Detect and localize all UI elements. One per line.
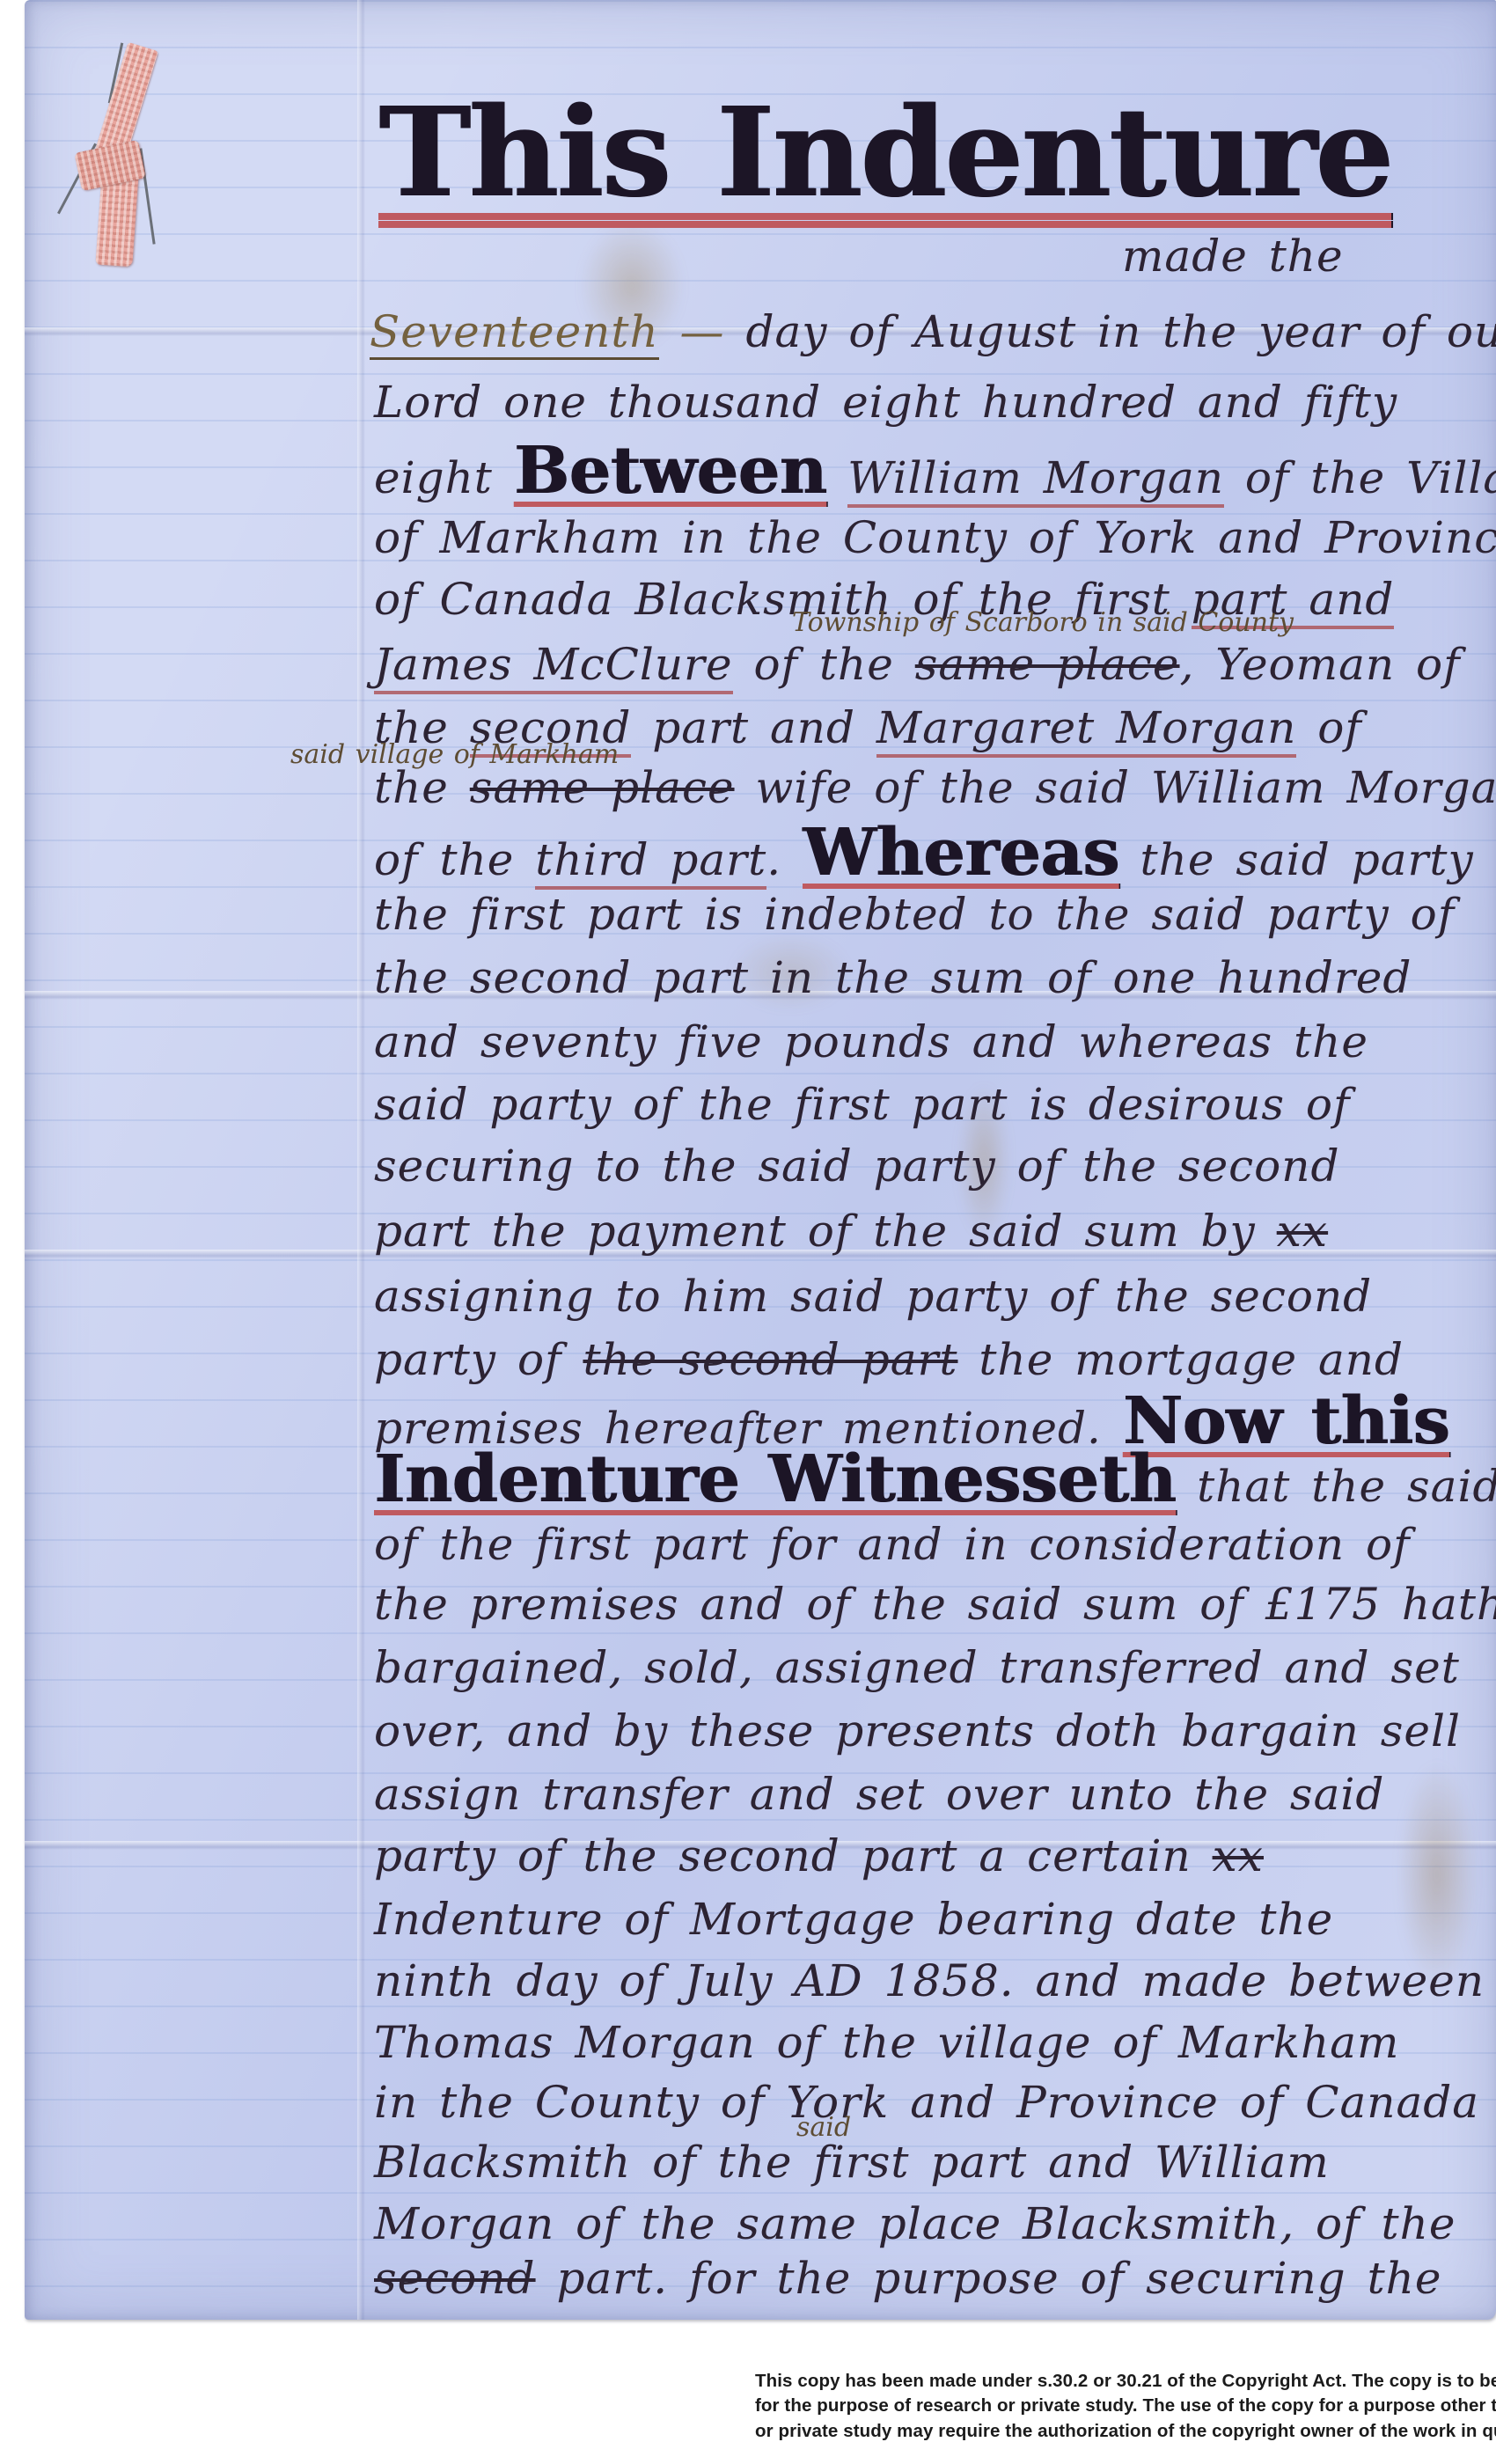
manuscript-line: ninth day of July AD 1858. and made betw… (374, 1955, 1485, 2006)
manuscript-line: securing to the said party of the second (374, 1140, 1339, 1192)
handwritten-text: the said party of (1119, 834, 1496, 885)
scanned-document-canvas: This Indenturemade theSeventeenth — day … (0, 0, 1496, 2464)
handwritten-text: xx (1277, 1206, 1328, 1257)
handwritten-text: Lord one thousand eight hundred and fift… (374, 377, 1397, 428)
manuscript-line: of the first part for and in considerati… (374, 1519, 1411, 1570)
manuscript-line: of the third part. Whereas the said part… (374, 815, 1496, 891)
manuscript-line: the premises and of the said sum of £175… (374, 1579, 1496, 1630)
manuscript-line: Morgan of the same place Blacksmith, of … (374, 2198, 1456, 2249)
stamp-line: This copy has been made under s.30.2 or … (755, 2369, 1470, 2394)
handwritten-text: ninth day of July AD 1858. and made betw… (374, 1955, 1485, 2006)
handwritten-text: of the first part for and in considerati… (374, 1519, 1411, 1570)
manuscript-line: the same place wife of the said William … (374, 762, 1496, 813)
calligraphic-header: Between (514, 433, 826, 509)
handwritten-text: second (374, 2253, 536, 2304)
handwritten-text: bargained, sold, assigned transferred an… (374, 1642, 1460, 1693)
manuscript: This Indenturemade theSeventeenth — day … (0, 0, 1496, 2464)
manuscript-line: made the (1122, 231, 1344, 282)
handwritten-text: of (1296, 702, 1362, 753)
handwritten-text: part the payment of the said sum by (374, 1206, 1277, 1257)
handwritten-text: part and (631, 702, 876, 753)
handwritten-text: the (374, 762, 470, 813)
handwritten-text: securing to the said party of the second (374, 1140, 1339, 1192)
manuscript-line: Indenture Witnesseth that the said party (374, 1441, 1496, 1517)
handwritten-text: , Yeoman of (1180, 639, 1461, 690)
handwritten-text: same place (915, 639, 1180, 690)
handwritten-text: third part (535, 834, 766, 890)
handwritten-text: and seventy five pounds and whereas the (374, 1016, 1368, 1067)
handwritten-text: of the Village (1224, 452, 1496, 503)
handwritten-text: part. for the purpose of securing the (536, 2253, 1442, 2304)
handwritten-text: Thomas Morgan of the village of Markham (374, 2017, 1399, 2068)
stamp-line: for the purpose of research or private s… (755, 2394, 1470, 2418)
handwritten-text: the first part is indebted to the said p… (374, 889, 1455, 940)
manuscript-line: bargained, sold, assigned transferred an… (374, 1642, 1460, 1693)
handwritten-text: William Morgan (847, 452, 1224, 508)
handwritten-text: made the (1122, 231, 1344, 282)
calligraphic-header: Whereas (803, 815, 1119, 891)
manuscript-line: eight Between William Morgan of the Vill… (374, 433, 1496, 509)
handwritten-text: Indenture of Mortgage bearing date the (374, 1894, 1333, 1945)
manuscript-line: second part. for the purpose of securing… (374, 2253, 1441, 2304)
handwritten-text: Margaret Morgan (876, 702, 1296, 758)
manuscript-line: Indenture of Mortgage bearing date the (374, 1894, 1333, 1945)
handwritten-text: wife of the said William Morgan (735, 762, 1496, 813)
handwritten-text: xx (1213, 1830, 1264, 1881)
handwritten-text: . (766, 834, 803, 885)
copyright-stamp: This copy has been made under s.30.2 or … (755, 2369, 1470, 2444)
handwritten-text: — (659, 306, 746, 357)
handwritten-text: assigning to him said party of the secon… (374, 1271, 1372, 1322)
handwritten-text: in the County of York and Province of Ca… (374, 2077, 1479, 2128)
handwritten-text: Morgan of the same place Blacksmith, of … (374, 2198, 1456, 2249)
manuscript-line: Blacksmith of the first part and William (374, 2137, 1330, 2188)
handwritten-text: of Markham in the County of York and Pro… (374, 512, 1496, 563)
manuscript-line: and seventy five pounds and whereas the (374, 1016, 1368, 1067)
manuscript-line: said party of the first part is desirous… (374, 1079, 1351, 1130)
handwritten-text: eight (374, 452, 514, 503)
interline-insert: Township of Scarboro in said County (792, 607, 1294, 638)
handwritten-text: Township of Scarboro in said County (792, 607, 1294, 638)
handwritten-text: party of (374, 1334, 583, 1385)
handwritten-text: assign transfer and set over unto the sa… (374, 1769, 1384, 1820)
manuscript-line: party of the second part a certain xx (374, 1830, 1264, 1881)
manuscript-line: the first part is indebted to the said p… (374, 889, 1455, 940)
stamp-line: or private study may require the authori… (755, 2419, 1470, 2444)
handwritten-text: the second part (583, 1334, 957, 1385)
handwritten-text: that the said party (1176, 1461, 1496, 1512)
handwritten-text: day of August in the year of our (745, 306, 1496, 357)
handwritten-text: the mortgage and (958, 1334, 1404, 1385)
handwritten-text: of the (374, 834, 535, 885)
manuscript-line: This Indenture (378, 81, 1391, 225)
manuscript-line: part the payment of the said sum by xx (374, 1206, 1328, 1257)
handwritten-text: over, and by these presents doth bargain… (374, 1705, 1461, 1756)
manuscript-line: James McClure of the same place, Yeoman … (374, 639, 1461, 690)
manuscript-line: Seventeenth — day of August in the year … (370, 306, 1496, 357)
handwritten-text: James McClure (374, 639, 733, 694)
manuscript-line: assigning to him said party of the secon… (374, 1271, 1372, 1322)
handwritten-text (826, 452, 847, 503)
calligraphic-header: Indenture Witnesseth (374, 1441, 1176, 1517)
handwritten-text: of the (733, 639, 915, 690)
manuscript-line: Lord one thousand eight hundred and fift… (374, 377, 1397, 428)
manuscript-line: the second part in the sum of one hundre… (374, 952, 1412, 1003)
calligraphic-title: This Indenture (378, 81, 1391, 225)
handwritten-text: the second part in the sum of one hundre… (374, 952, 1412, 1003)
manuscript-line: Thomas Morgan of the village of Markham (374, 2017, 1399, 2068)
handwritten-text: party of the second part a certain (374, 1830, 1213, 1881)
manuscript-line: over, and by these presents doth bargain… (374, 1705, 1461, 1756)
manuscript-line: party of the second part the mortgage an… (374, 1334, 1404, 1385)
handwritten-text: same place (470, 762, 735, 813)
handwritten-text: Seventeenth (370, 306, 659, 360)
manuscript-line: assign transfer and set over unto the sa… (374, 1769, 1384, 1820)
handwritten-text: Blacksmith of the first part and William (374, 2137, 1330, 2188)
manuscript-line: of Markham in the County of York and Pro… (374, 512, 1496, 563)
manuscript-line: in the County of York and Province of Ca… (374, 2077, 1479, 2128)
handwritten-text: said party of the first part is desirous… (374, 1079, 1351, 1130)
handwritten-text: the premises and of the said sum of £175… (374, 1579, 1496, 1630)
